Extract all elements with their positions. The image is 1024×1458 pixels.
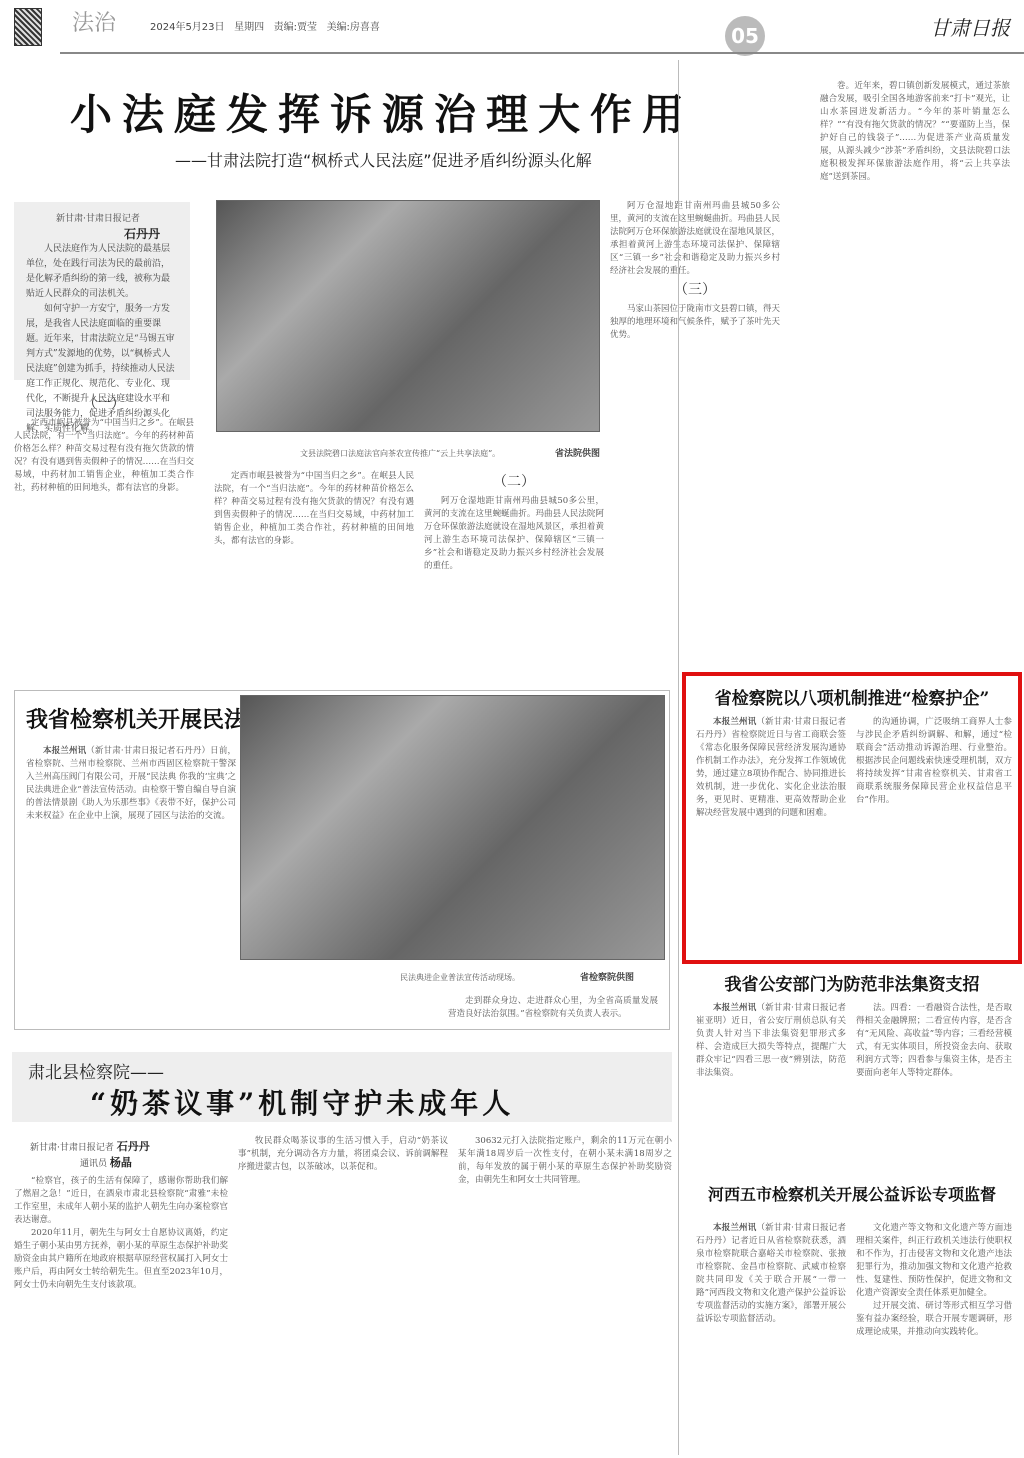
- civil-code-dateline: 本报兰州讯: [43, 746, 86, 756]
- public-interest-dateline: 本报兰州讯: [713, 1223, 756, 1233]
- intro-paragraph: 人民法庭作为人民法院的最基层单位，处在践行司法为民的最前沿，是化解矛盾纠纷的第一…: [26, 242, 178, 302]
- milk-tea-paragraph: 2020年11月，朝先生与阿女士自愿协议离婚，约定婚生子朝小某由男方抚养，朝小某…: [14, 1227, 228, 1292]
- lead-column-5: 巻。近年来，碧口镇创新发展模式，通过茶旅融合发展，吸引全国各地游客前来“打卡”观…: [820, 80, 1010, 660]
- milk-tea-right-text: 30632元打入法院指定账户，剩余的11万元在朝小某年满18周岁后一次性支付，在…: [458, 1135, 672, 1187]
- civil-code-closing-text: 走到群众身边、走进群众心里，为全省高质量发展营造良好法治氛围。”省检察院有关负责…: [448, 995, 658, 1021]
- section-one-heading: （一）: [14, 398, 194, 411]
- page-number: 05: [725, 16, 765, 56]
- civil-code-photo-caption: 民法典进企业普法宣传活动现场。: [400, 972, 520, 983]
- milk-tea-byline: 新甘肃·甘肃日报记者 石丹丹 通讯员 杨晶: [30, 1138, 220, 1170]
- lead-headline: 小法庭发挥诉源治理大作用: [70, 82, 694, 142]
- masthead-logo: 甘肃日报: [930, 12, 1010, 41]
- qr-code[interactable]: [14, 8, 42, 46]
- section-three-text: 马家山茶园位于陇南市文县碧口镇，得天独厚的地理环境和气候条件，赋予了茶叶先天优势…: [610, 303, 780, 342]
- milk-tea-middle-text: 牧民群众喝茶议事的生活习惯入手，启动“奶茶议事”机制，充分调动各方力量，将团桌会…: [238, 1135, 448, 1174]
- public-interest-closing: 过开展交流、研讨等形式相互学习借鉴有益办案经验，联合开展专题调研，形成理论成果，…: [856, 1300, 1012, 1339]
- civil-code-text: 日前，省检察院、兰州市检察院、兰州市西固区检察院干警深入兰州高压阀门有限公司，开…: [26, 746, 236, 821]
- column-divider: [678, 60, 679, 1455]
- section-two-text: 阿万仓湿地距甘南州玛曲县城50多公里，黄河的支流在这里蜿蜒曲折。玛曲县人民法院阿…: [424, 495, 604, 573]
- eight-mechanisms-text-left: 省检察院近日与省工商联会签《常态化服务保障民营经济发展沟通协作机制工作办法》，充…: [696, 730, 846, 818]
- civil-code-closing: 走到群众身边、走进群众心里，为全省高质量发展营造良好法治氛围。”省检察院有关负责…: [448, 995, 658, 1025]
- eight-mechanisms-headline: 省检察院以八项机制推进“检察护企”: [686, 684, 1018, 709]
- milk-tea-col-3: 30632元打入法院指定账户，剩余的11万元在朝小某年满18周岁后一次性支付，在…: [458, 1135, 672, 1455]
- section-three-heading: （三）: [610, 284, 780, 297]
- intro-byline: 新甘肃·甘肃日报记者: [26, 212, 178, 227]
- lead-column-2: 定西市岷县被誉为“中国当归之乡”。在岷县人民法院，有一个“当归法庭”。今年的药材…: [214, 470, 414, 670]
- public-interest-text-right: 文化遗产等文物和文化遗产等方面违理相关案件，纠正行政机关违法行使职权和不作为，打…: [856, 1222, 1012, 1300]
- civil-code-photo: [240, 695, 665, 960]
- dateline: 2024年5月23日 星期四 责编:贾莹 美编:房喜喜: [150, 18, 380, 33]
- public-interest-col-left: 本报兰州讯（新甘肃·甘肃日报记者石丹丹）记者近日从省检察院获悉，酒泉市检察院联合…: [696, 1222, 846, 1452]
- date: 2024年5月23日: [150, 22, 225, 33]
- milk-tea-kicker: 肃北县检察院——: [28, 1058, 164, 1083]
- fundraising-dateline: 本报兰州讯: [713, 1003, 756, 1013]
- milk-tea-paragraph: “检察官，孩子的生活有保障了，感谢你帮助我们解了燃眉之急！”近日，在酒泉市肃北县…: [14, 1175, 228, 1227]
- eight-mechanisms-text-right: 的沟通协调，广泛吸纳工商界人士参与涉民企矛盾纠纷调解、和解，通过“检联商会”活动…: [856, 716, 1012, 807]
- civil-code-photo-credit: 省检察院供图: [580, 970, 634, 983]
- weekday: 星期四: [234, 22, 264, 33]
- milk-tea-headline: “奶茶议事”机制守护未成年人: [90, 1082, 514, 1122]
- lead-column-4: 阿万仓湿地距甘南州玛曲县城50多公里，黄河的支流在这里蜿蜒曲折。玛曲县人民法院阿…: [610, 200, 780, 670]
- milk-tea-col-2: 牧民群众喝茶议事的生活习惯入手，启动“奶茶议事”机制，充分调动各方力量，将团桌会…: [238, 1135, 448, 1455]
- eight-mechanisms-col-left: 本报兰州讯（新甘肃·甘肃日报记者石丹丹）省检察院近日与省工商联会签《常态化服务保…: [696, 716, 846, 956]
- photo-caption: 文县法院碧口法庭法官向茶农宣传推广“云上共享法庭”。: [300, 448, 500, 459]
- right-column-text: 巻。近年来，碧口镇创新发展模式，通过茶旅融合发展，吸引全国各地游客前来“打卡”观…: [820, 80, 1010, 184]
- header-rule: [60, 52, 1024, 54]
- intro-box: 新甘肃·甘肃日报记者 石丹丹 人民法庭作为人民法院的最基层单位，处在践行司法为民…: [14, 202, 190, 380]
- designer: 美编:房喜喜: [327, 22, 380, 33]
- tea-garden-photo: [216, 200, 600, 432]
- eight-mechanisms-col-right: 的沟通协调，广泛吸纳工商界人士参与涉民企矛盾纠纷调解、和解，通过“检联商会”活动…: [856, 716, 1012, 956]
- civil-code-byline: （新甘肃·甘肃日报记者石丹丹）: [86, 746, 210, 756]
- lead-column-1: （一） 定西市岷县被誉为“中国当归之乡”。在岷县人民法院，有一个“当归法庭”。今…: [14, 392, 194, 672]
- intro-author: 石丹丹: [26, 227, 178, 242]
- eight-mechanisms-dateline: 本报兰州讯: [713, 717, 756, 727]
- section-two-continued: 阿万仓湿地距甘南州玛曲县城50多公里，黄河的支流在这里蜿蜒曲折。玛曲县人民法院阿…: [610, 200, 780, 278]
- civil-code-body: 本报兰州讯（新甘肃·甘肃日报记者石丹丹）日前，省检察院、兰州市检察院、兰州市西固…: [26, 745, 236, 1005]
- correspondent-label: 通讯员: [80, 1159, 107, 1169]
- lead-subheadline: ——甘肃法院打造“枫桥式人民法庭”促进矛盾纠纷源头化解: [175, 148, 592, 171]
- section-one-continued: 定西市岷县被誉为“中国当归之乡”。在岷县人民法院，有一个“当归法庭”。今年的药材…: [214, 470, 414, 548]
- byline-author: 石丹丹: [117, 1140, 150, 1153]
- fundraising-text-right: 法。四看：一看融资合法性，是否取得相关金融牌照；二看宣传内容，是否含有“无风险、…: [856, 1002, 1012, 1080]
- fundraising-col-right: 法。四看：一看融资合法性，是否取得相关金融牌照；二看宣传内容，是否含有“无风险、…: [856, 1002, 1012, 1167]
- fundraising-col-left: 本报兰州讯（新甘肃·甘肃日报记者崔亚明）近日，省公安厅刑侦总队有关负责人针对当下…: [696, 1002, 846, 1167]
- fundraising-headline: 我省公安部门为防范非法集资支招: [686, 970, 1018, 995]
- photo-credit: 省法院供图: [555, 446, 600, 459]
- section-one-text: 定西市岷县被誉为“中国当归之乡”。在岷县人民法院，有一个“当归法庭”。今年的药材…: [14, 417, 194, 495]
- lead-column-3: （二） 阿万仓湿地距甘南州玛曲县城50多公里，黄河的支流在这里蜿蜒曲折。玛曲县人…: [424, 470, 604, 670]
- section-two-heading: （二）: [424, 476, 604, 489]
- public-interest-col-right: 文化遗产等文物和文化遗产等方面违理相关案件，纠正行政机关违法行使职权和不作为，打…: [856, 1222, 1012, 1452]
- milk-tea-col-1: “检察官，孩子的生活有保障了，感谢你帮助我们解了燃眉之急！”近日，在酒泉市肃北县…: [14, 1175, 228, 1455]
- editor: 责编:贾莹: [274, 22, 317, 33]
- section-name: 法治: [72, 6, 116, 37]
- public-interest-headline: 河西五市检察机关开展公益诉讼专项监督: [686, 1182, 1018, 1205]
- byline-label: 新甘肃·甘肃日报记者: [30, 1143, 114, 1153]
- correspondent-name: 杨晶: [110, 1156, 132, 1169]
- public-interest-text-left: 记者近日从省检察院获悉，酒泉市检察院联合嘉峪关市检察院、张掖市检察院、金昌市检察…: [696, 1236, 846, 1324]
